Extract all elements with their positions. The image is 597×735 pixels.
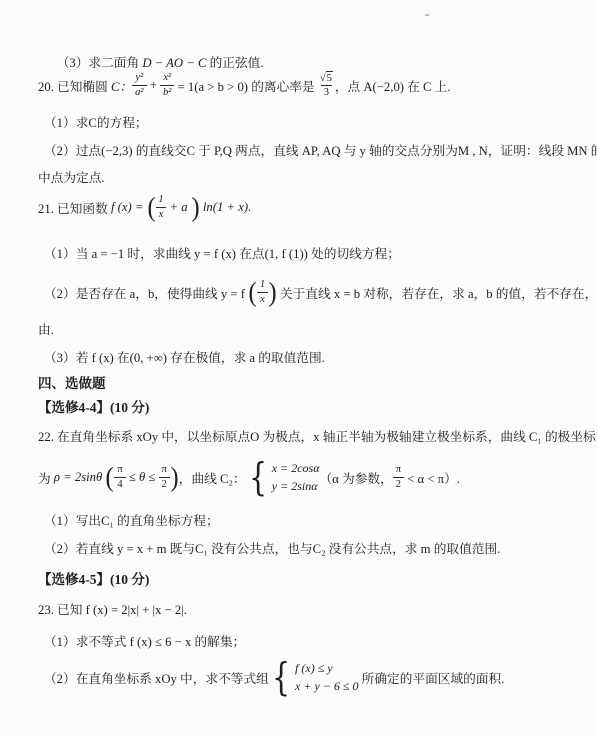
cases-brace: { (249, 461, 267, 493)
section4-heading: 四、选做题 (38, 372, 106, 392)
q22-curve2-label: ，曲线 C₂： (179, 468, 246, 487)
frac-den: 2 (393, 477, 404, 491)
frac-num: y² (133, 71, 145, 84)
frac-num: π (160, 463, 169, 476)
q22-param-x: x = 2cosα (272, 461, 320, 475)
right-paren: ) (191, 195, 199, 219)
frac-pi-over-2: π 2 (393, 463, 404, 490)
frac-y2-over-a2: y² a² (132, 71, 146, 98)
q20-curve-label: C： (111, 76, 132, 95)
q22-alpha-post: < α < π）. (404, 468, 460, 487)
q22-wei: 为 (38, 468, 54, 487)
q21-part3: （3）若 f (x) 在(0, +∞) 存在极值，求 a 的取值范围. (44, 347, 325, 366)
q23-ineq-1: f (x) ≤ y (295, 661, 358, 675)
q23-part2: （2）在直角坐标系 xOy 中，求不等式组 { f (x) ≤ y x + y … (44, 655, 504, 699)
frac-num: x² (161, 71, 173, 84)
left-paren: ( (147, 195, 155, 219)
q21-part2-post: 关于直线 x = b 对称，若存在，求 a，b 的值，若不存在，说明理 (277, 283, 597, 302)
frac-num: π (115, 463, 124, 476)
frac-sqrt5-over-3: √5 3 (318, 71, 335, 99)
q21-part2-line2: 由. (38, 319, 54, 338)
frac-num: 1 (258, 278, 267, 291)
q22-formula-line: 为 ρ = 2sinθ ( π 4 ≤ θ ≤ π 2 ) ，曲线 C₂： { … (38, 452, 460, 502)
q23-part2-pre: （2）在直角坐标系 xOy 中，求不等式组 (44, 668, 269, 687)
cases-brace: { (272, 661, 290, 693)
q23-stem: 23. 已知 f (x) = 2|x| + |x − 2|. (38, 599, 187, 618)
q21-stem-pre: 21. 已知函数 (38, 198, 111, 217)
q23-part1: （1）求不等式 f (x) ≤ 6 − x 的解集； (44, 631, 245, 650)
q23-inequality-system: f (x) ≤ y x + y − 6 ≤ 0 (295, 661, 358, 693)
frac-den: x (156, 207, 167, 221)
frac-pi-over-2: π 2 (159, 463, 170, 490)
left-paren: ( (106, 465, 114, 489)
frac-den: 4 (114, 477, 125, 491)
q20-part2-line1: （2）过点(−2,3) 的直线交C 于 P,Q 两点，直线 AP, AQ 与 y… (44, 140, 597, 159)
q22-part1: （1）写出C₁ 的直角坐标方程； (44, 510, 219, 529)
q21-part2-line1: （2）是否存在 a，b，使得曲线 y = f ( 1 x ) 关于直线 x = … (44, 273, 597, 311)
q22-param-y: y = 2sinα (272, 479, 320, 493)
q21-stem: 21. 已知函数 f (x) = ( 1 x + a ) ln(1 + x). (38, 189, 251, 225)
q23-part2-post: 所确定的平面区域的面积. (358, 668, 504, 687)
radicand: 5 (326, 71, 333, 85)
module-4-5-heading: 【选修4-5】(10 分) (38, 568, 149, 588)
q21-part2-pre: （2）是否存在 a，b，使得曲线 y = f (44, 283, 248, 302)
frac-1-over-x: 1 x (257, 278, 268, 305)
scan-artifact: = (425, 11, 430, 20)
q20-stem: 20. 已知椭圆 C： y² a² + x² b² = 1(a > b > 0)… (38, 61, 451, 109)
right-paren: ) (170, 465, 178, 489)
q22-rho-eq: ρ = 2sinθ (54, 470, 106, 485)
q22-part2: （2）若直线 y = x + m 既与C₁ 没有公共点，也与C₂ 没有公共点，求… (44, 538, 500, 557)
q21-ln-term: ln(1 + x). (200, 200, 252, 215)
exam-page: = （3）求二面角 D − AO − C 的正弦值. 20. 已知椭圆 C： y… (0, 0, 597, 735)
q23-ineq-2: x + y − 6 ≤ 0 (295, 679, 358, 693)
plus-sign: + (147, 78, 161, 93)
frac-num: √5 (318, 71, 335, 85)
module-4-4-heading: 【选修4-4】(10 分) (38, 396, 149, 416)
q20-part1: （1）求C的方程； (44, 112, 148, 131)
frac-pi-over-4: π 4 (114, 463, 125, 490)
frac-den: x (257, 292, 268, 306)
frac-den: 2 (159, 477, 170, 491)
frac-1-over-x: 1 x (156, 193, 167, 220)
q22-theta-range: ≤ θ ≤ (126, 470, 159, 485)
q20-stem-mid: = 1(a > b > 0) 的离心率是 (174, 76, 317, 95)
q21-plus-a: + a (166, 200, 190, 215)
q22-stem: 22. 在直角坐标系 xOy 中，以坐标原点O 为极点，x 轴正半轴为极轴建立极… (38, 426, 597, 445)
q21-part1: （1）当 a = −1 时，求曲线 y = f (x) 在点(1, f (1))… (44, 243, 400, 262)
q22-parametric-system: x = 2cosα y = 2sinα (272, 461, 320, 493)
frac-num: π (394, 463, 403, 476)
frac-den: b² (160, 85, 174, 99)
frac-x2-over-b2: x² b² (160, 71, 174, 98)
q20-part2-line2: 中点为定点. (38, 167, 105, 186)
frac-den: a² (132, 85, 146, 99)
q20-stem-post: ，点 A(−2,0) 在 C 上. (335, 76, 451, 95)
frac-den: 3 (321, 85, 332, 99)
q20-stem-pre: 20. 已知椭圆 (38, 76, 111, 95)
q22-alpha-pre: （α 为参数， (320, 468, 393, 487)
frac-num: 1 (156, 193, 165, 206)
left-paren: ( (249, 280, 257, 304)
right-paren: ) (268, 280, 276, 304)
q21-fx-label: f (x) = (111, 200, 147, 215)
